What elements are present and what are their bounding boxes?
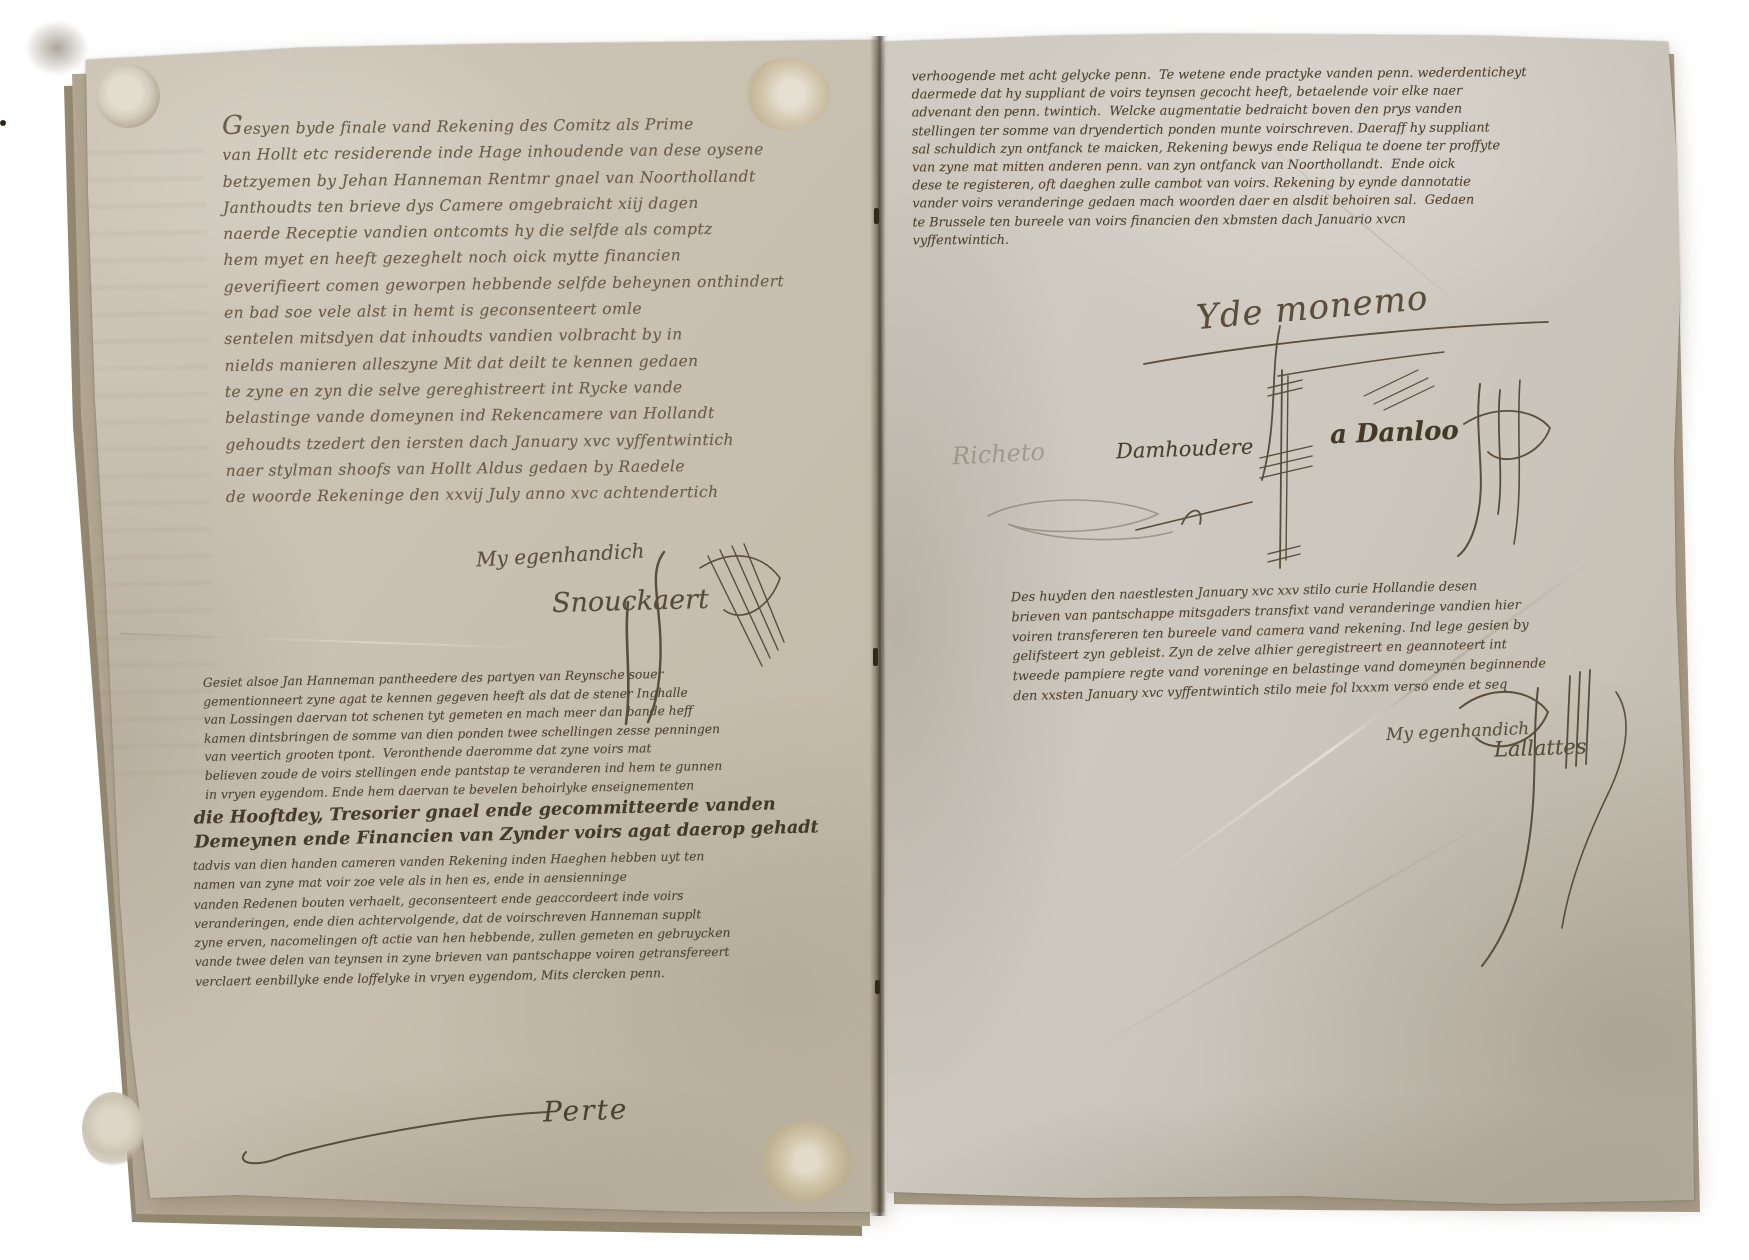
danloo-flourish — [1444, 364, 1574, 564]
left-page-lower-text-lower: tadvis van dien handen cameren vanden Re… — [193, 845, 825, 992]
ink-speck — [0, 120, 6, 126]
perte-signature-stroke — [232, 1086, 562, 1176]
binding-gutter — [870, 36, 888, 1216]
left-page-main-text: Gesyen byde finale vand Rekening des Com… — [222, 107, 806, 511]
damhoudere-paraph — [1252, 362, 1322, 582]
cosigner-signature-damhoudere: Damhoudere — [1116, 435, 1254, 464]
binding-stitch — [874, 208, 879, 224]
right-page-top-text: verhoogende met acht gelycke penn. Te we… — [911, 64, 1612, 251]
cosigner-signature-faint: Richeto — [951, 438, 1045, 471]
cosigner-signature-danloo: a Danloo — [1330, 416, 1460, 450]
binding-stitch — [873, 648, 878, 666]
lallattes-signature-flourish — [1420, 648, 1680, 978]
seal-remnant-spot — [82, 1092, 144, 1166]
photograph-stage: Gesyen byde finale vand Rekening des Com… — [0, 0, 1749, 1260]
damhoudere-underline — [1130, 490, 1260, 540]
seal-remnant-spot — [96, 64, 160, 128]
ink-bleed-through — [87, 149, 216, 781]
left-page-lower-text-upper: Gesiet alsoe Jan Hanneman pantheedere de… — [203, 662, 815, 804]
perte-signature: Perte — [542, 1093, 628, 1129]
wax-spot — [758, 1122, 852, 1202]
binding-stitch — [875, 980, 880, 994]
